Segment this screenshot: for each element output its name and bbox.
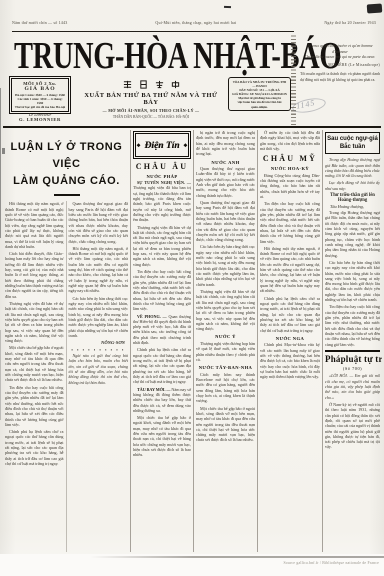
nation-heading-england: NƯỚC ANH (196, 160, 255, 165)
paragraph: Quan thượng thư ngoại giao đã bay sang P… (69, 201, 129, 244)
news-item: Tin điện cho hay cuộc bãi công của thợ t… (260, 201, 320, 244)
nation-heading-russia: NƯỚC NGA (260, 336, 320, 341)
column-royal-and-law: Sau cuộc ngự-giá Bắc tuần Trong dịp Hoàn… (322, 130, 382, 552)
editorial-postscript: Ngài nào có gửi thư cùng bài luận cho bả… (69, 353, 129, 385)
editorial-column-2: Quan thượng thư ngoại giao đã bay sang P… (67, 201, 131, 552)
subscription-rate: Thư từ bạc gửi xin đề tòa báo Hà-nội (14, 105, 66, 109)
main-horizontal-rule (3, 126, 381, 128)
law-section-number: (Số 700) (325, 366, 380, 371)
lunar-date: Quí-Mùi niên, tháng chạp, ngày hai mươi … (155, 20, 236, 25)
quote-french-line1: Je veux qu'on soit sincère et qu'en homm… (300, 44, 380, 55)
scan-speck (224, 6, 231, 9)
quote-block: Je veux qu'on soit sincère et qu'en homm… (300, 44, 380, 84)
news-item-lead: SỰ TUYỂN NGHỊ VIỆN. — (137, 180, 191, 185)
motto-line1: — MỞ MỐI ÁI-NHÂN, SOI THEO CHÂN-LÝ — (78, 108, 224, 113)
nation-heading-france: NƯỚC PHÁP (133, 174, 191, 179)
paragraph: Các báo bên ấy bàn rằng thời cục ngày na… (69, 296, 129, 339)
news-item: Các báo bên ấy bàn rằng thời cục ngày na… (196, 244, 255, 287)
quote-french-line2: On ne lâche aucun mot qui ne parte du cœ… (300, 55, 380, 61)
subscription-rate: Các tỉnh 1 năm: 3$50 — 6 tháng: 1$80 (14, 97, 66, 105)
editorial-article: LUẬN LÝ Ở TRONG VIỆC LÀM QUẢNG CÁO. Hồi … (3, 130, 130, 552)
price-per-issue: MỖI SỐ 2 Xu. (14, 81, 66, 86)
news-item: Cách mấy hôm nay thành Barcelone mở hội … (196, 372, 255, 404)
director-name: G. LEMONNIER (11, 117, 69, 122)
office-line: TÒA BÁO VÀ NHÀ IN: TRƯỜNG-THI — HANOI (231, 80, 288, 88)
news-item: Một chiếc tàu bể gặp bão ở ngoài khơi, s… (196, 406, 255, 443)
ornament-icon: ◆ (184, 144, 188, 149)
news-item: Chính phủ hạ lệnh cấm chở ra ngoại quốc … (260, 296, 320, 333)
news-item-text: Quan thượng thư Hiến-bộ đã quyết định th… (133, 314, 191, 346)
quote-vietnamese: Tôi muốn người ta thành thực và phàm ngư… (300, 72, 380, 83)
letter-salutation: Tâu Hoàng thượng, (330, 204, 380, 209)
news-item: Đảng Cộng-hòa cùng đảng Dân-chủ đương sử… (260, 173, 320, 200)
telegram-section-title: Điện Tín (144, 141, 179, 151)
paragraph: Thượng nghị viện đã bàn về dự luật tài c… (5, 301, 64, 344)
news-item: Thượng nghị viện đã bàn về dự luật tài c… (196, 289, 255, 332)
date-line: Năm thứ mười chín — số 1443 Quí-Mùi niên… (12, 20, 376, 25)
paragraph: Hồi tháng một tây năm ngoái, ở thành Rom… (5, 201, 64, 249)
news-item: TÀU BAY MỚI. — Năm nay sở hàng không đã … (133, 387, 191, 414)
news-item: Quan thượng thư ngoại giao Luân-đôn đã b… (196, 166, 255, 198)
author-signature: NÔNG-SƠN (69, 340, 126, 345)
royal-trip-title-line1: Sau cuộc ngự-giá (327, 135, 378, 143)
telegram-column-france: ◆ Điện Tín ◆ CHÂU ÂU NƯỚC PHÁP SỰ TUYỂN … (130, 130, 193, 552)
chinese-character-icon (123, 80, 132, 89)
chinese-character-icon (155, 80, 164, 89)
telegram-column-england-italy-spain: bị ngăn trở đi trong cuộc nghị định trướ… (193, 130, 257, 552)
law-answer: Ở Nam-kỳ trị về người mồ côi thì theo lu… (325, 402, 380, 450)
scan-ink-blot (367, 3, 383, 13)
nation-heading-spain: NƯỚC TÂY-BAN-NHA (196, 365, 255, 370)
scan-edge-shadow (90, 556, 384, 558)
office-line: quản-nhiệm. (231, 105, 288, 109)
news-item: Thượng nghị viện đương họp bàn về quả lệ… (196, 341, 255, 362)
news-item: Chính phủ hạ lệnh cấm chở ra ngoại quốc … (133, 347, 191, 384)
dotted-separator: ▪ ▪ ▪ ▪ ▪ ▪ ▪ ▪ ▪ ▪ (69, 347, 129, 352)
headline-divider (54, 194, 80, 196)
headline-line1: LUẬN LÝ Ở TRONG VIỆC (3, 139, 130, 173)
publication-schedule: XUẤT BẢN THỨ BA THỨ NĂM VÀ THỨ BẢY (78, 92, 224, 106)
masthead-title: TRUNG-HÒA NHẬT-BÁO (14, 33, 223, 79)
office-box: TÒA BÁO VÀ NHÀ IN: TRƯỜNG-THI — HANOI DÂ… (228, 77, 291, 111)
news-item-text: Thượng nghị viện đã bầu ban trị sự, ông … (133, 185, 191, 222)
region-heading-america: CHÂU MỸ (260, 154, 320, 163)
news-item: VỀ PHONG. — Quan thượng thư Hiến-bộ đã q… (133, 314, 191, 346)
royal-trip-box: Sau cuộc ngự-giá Bắc tuần (325, 132, 380, 154)
paragraph: Hồi tháng một tây năm ngoái, ở thành Rom… (69, 246, 129, 294)
law-section-title: Phápluật tự trị (325, 354, 380, 364)
headline-line2: LÀM QUẢNG CÁO. (3, 173, 130, 190)
chinese-title (78, 80, 224, 89)
ornament-icon: ◆ (137, 144, 141, 149)
law-question: «LỜI HỎI. — Em gái tôi mồ côi cha mẹ, có… (325, 373, 380, 400)
price-box-title: GIÁ BÁO (14, 86, 66, 92)
newspaper-page: Năm thứ mười chín — số 1443 Quí-Mùi niên… (0, 0, 384, 576)
content-columns: LUẬN LÝ Ở TRONG VIỆC LÀM QUẢNG CÁO. Hồi … (3, 130, 382, 552)
news-item: Thượng nghị viện đã bàn về dự luật tài c… (133, 225, 191, 268)
nation-heading-usa: NƯỚC HOA-KỲ (260, 166, 320, 171)
continuation-paragraph: bị ngăn trở đi trong cuộc nghị định trướ… (196, 130, 255, 157)
news-item: SỰ TUYỂN NGHỊ VIỆN. — Thượng nghị viện đ… (133, 180, 191, 223)
paragraph: Chính phủ hạ lệnh cấm chở ra ngoại quốc … (5, 429, 64, 466)
royal-trip-title-line2: Bắc tuần (327, 143, 378, 151)
editorial-headline: LUẬN LÝ Ở TRONG VIỆC LÀM QUẢNG CÁO. (3, 139, 130, 190)
paragraph: Một chiếc tàu bể gặp bão ở ngoài khơi, s… (5, 345, 64, 382)
news-item: Hồi tháng một tây năm ngoái, ở thành Rom… (260, 246, 320, 294)
telegram-column-america-russia: Ở miền ấy các tỉnh hội đều đã định ngày … (257, 130, 322, 552)
motto-line2: THÂN DÂN BẢN-QUỐC — TÒA BÁO: HÀ-NỘI (78, 115, 224, 119)
royal-intro: Trong dịp Hoàng thượng ngự giá Bắc tuần,… (325, 157, 380, 178)
letter-title: Thư triều-thần gửi lên Hoàng-thượng (325, 193, 380, 203)
news-item: Chính phủ Mạc-tư-khoa vừa ký với các nướ… (260, 342, 320, 379)
paragraph: Tin điện cho hay cuộc bãi công của thợ t… (5, 385, 64, 428)
news-item: Quan thượng thư ngoại giao đã bay sang P… (196, 200, 255, 243)
royal-note: Lục dịch đúng về bài biểu ấy như sau này… (325, 180, 380, 191)
nation-heading-italy: NƯỚC Ý (196, 334, 255, 339)
news-item: Tin điện cho hay cuộc bãi công của thợ t… (325, 304, 380, 347)
editorial-columns: Hồi tháng một tây năm ngoái, ở thành Rom… (3, 201, 130, 552)
telegram-section-box: ◆ Điện Tín ◆ (135, 133, 189, 157)
paragraph: Cách bài diễn thuyết, đức Giáo-hoàng ban… (5, 251, 64, 299)
news-item: Tin điện cho hay cuộc bãi công của thợ t… (133, 269, 191, 312)
chinese-character-icon (171, 80, 180, 89)
news-item: Một chiếc tàu bể gặp bão ở ngoài khơi, s… (133, 415, 191, 458)
director-block: Le Directeur G. LEMONNIER (11, 112, 69, 122)
continuation-paragraph: Ở miền ấy các tỉnh hội đều đã định ngày … (260, 130, 320, 151)
price-box: MỖI SỐ 2 Xu. GIÁ BÁO Hà-nội 1 năm: 3$00 … (11, 78, 69, 112)
issue-number: Năm thứ mười chín — số 1443 (12, 20, 67, 25)
scan-edge-line (0, 88, 1, 238)
masthead-center-block: XUẤT BẢN THỨ BA THỨ NĂM VÀ THỨ BẢY — MỞ … (78, 80, 224, 119)
letter-body: Trong dịp Hoàng thượng ngự giá Bắc tuần,… (325, 210, 380, 258)
gregorian-date: Ngày thứ ba 20 Janvier 1943 (324, 20, 376, 25)
news-item-lead: TÀU BAY MỚI. — (137, 387, 171, 392)
law-section-rule (325, 350, 380, 352)
news-item-lead: VỀ PHONG. — (137, 314, 168, 319)
scan-edge-line (0, 330, 1, 420)
editorial-column-1: Hồi tháng một tây năm ngoái, ở thành Rom… (3, 201, 67, 552)
source-caption: Source gallica.bnf.fr / Bibliothèque nat… (283, 561, 379, 565)
region-heading-europe: CHÂU ÂU (133, 162, 191, 171)
news-item: Các báo bên ấy bàn rằng thời cục ngày na… (325, 260, 380, 303)
margin-mark (2, 148, 5, 154)
quote-attribution: MOLIÈRE (Le Misanthrope) (300, 63, 380, 69)
office-line: việc buôn bán xin đề tên Chủ-bút (231, 100, 288, 104)
chinese-character-icon (139, 80, 148, 89)
